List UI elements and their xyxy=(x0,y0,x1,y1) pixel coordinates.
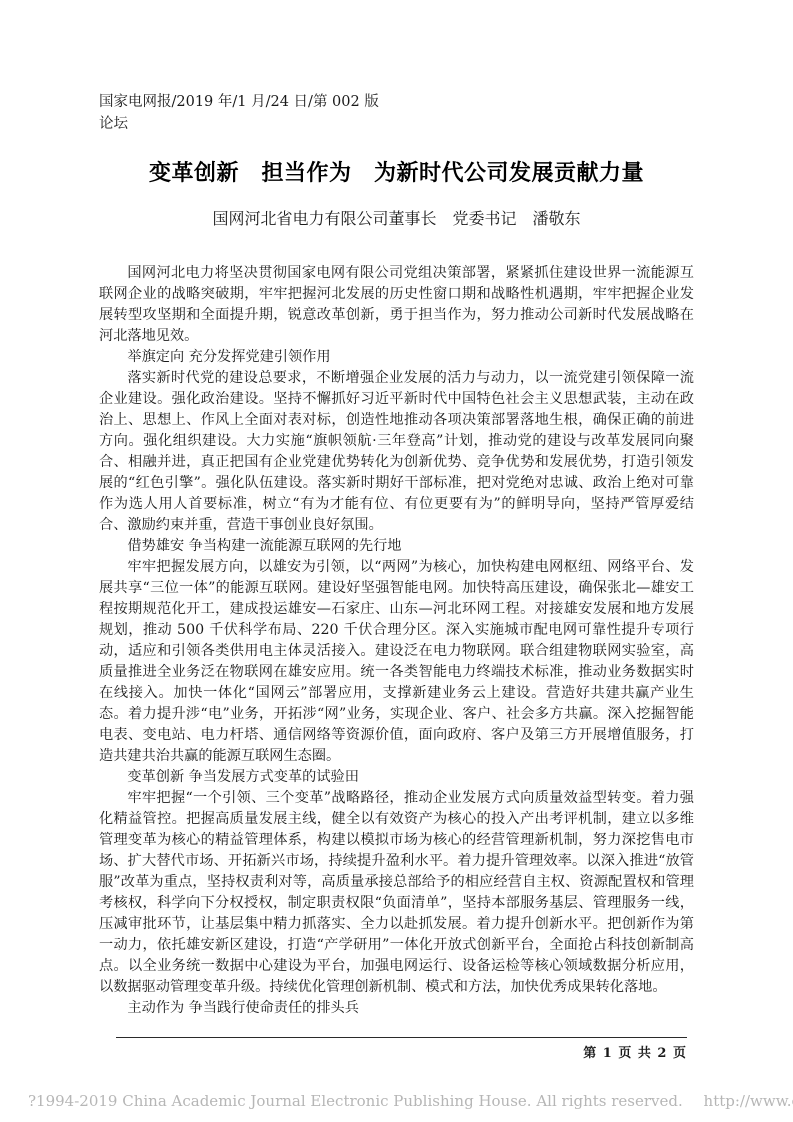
article-byline: 国网河北省电力有限公司董事长 党委书记 潘敬东 xyxy=(0,206,793,229)
copyright-text: ?1994-2019 China Academic Journal Electr… xyxy=(28,1092,683,1110)
source-line: 国家电网报/2019 年/1 月/24 日/第 002 版 xyxy=(99,92,379,114)
subhead-xiongan: 借势雄安 争当构建一流能源互联网的先行地 xyxy=(99,536,694,557)
subhead-party-building: 举旗定向 充分发挥党建引领作用 xyxy=(99,347,694,368)
footer-divider xyxy=(116,1037,687,1038)
article-body: 国网河北电力将坚决贯彻国家电网有限公司党组决策部署，紧紧抓住建设世界一流能源互联… xyxy=(99,263,694,1019)
article-title: 变革创新 担当作为 为新时代公司发展贡献力量 xyxy=(0,156,793,187)
copyright-bar: ?1994-2019 China Academic Journal Electr… xyxy=(28,1092,793,1110)
subhead-mission: 主动作为 争当践行使命责任的排头兵 xyxy=(99,998,694,1019)
paragraph-reform: 牢牢把握“一个引领、三个变革”战略路径，推动企业发展方式向质量效益型转变。着力强… xyxy=(99,788,694,998)
paragraph-party-building: 落实新时代党的建设总要求，不断增强企业发展的活力与动力，以一流党建引领保障一流企… xyxy=(99,368,694,536)
source-header: 国家电网报/2019 年/1 月/24 日/第 002 版 论坛 xyxy=(99,92,379,135)
section-label: 论坛 xyxy=(99,114,379,136)
subhead-reform: 变革创新 争当发展方式变革的试验田 xyxy=(99,767,694,788)
cnki-url: http://www.cnki.net xyxy=(704,1092,793,1110)
paragraph-xiongan: 牢牢把握发展方向，以雄安为引领，以“两网”为核心，加快构建电网枢纽、网络平台、发… xyxy=(99,557,694,767)
paragraph-intro: 国网河北电力将坚决贯彻国家电网有限公司党组决策部署，紧紧抓住建设世界一流能源互联… xyxy=(99,263,694,347)
page-number: 第 1 页 共 2 页 xyxy=(116,1042,687,1061)
document-page: 国家电网报/2019 年/1 月/24 日/第 002 版 论坛 变革创新 担当… xyxy=(0,0,793,1122)
